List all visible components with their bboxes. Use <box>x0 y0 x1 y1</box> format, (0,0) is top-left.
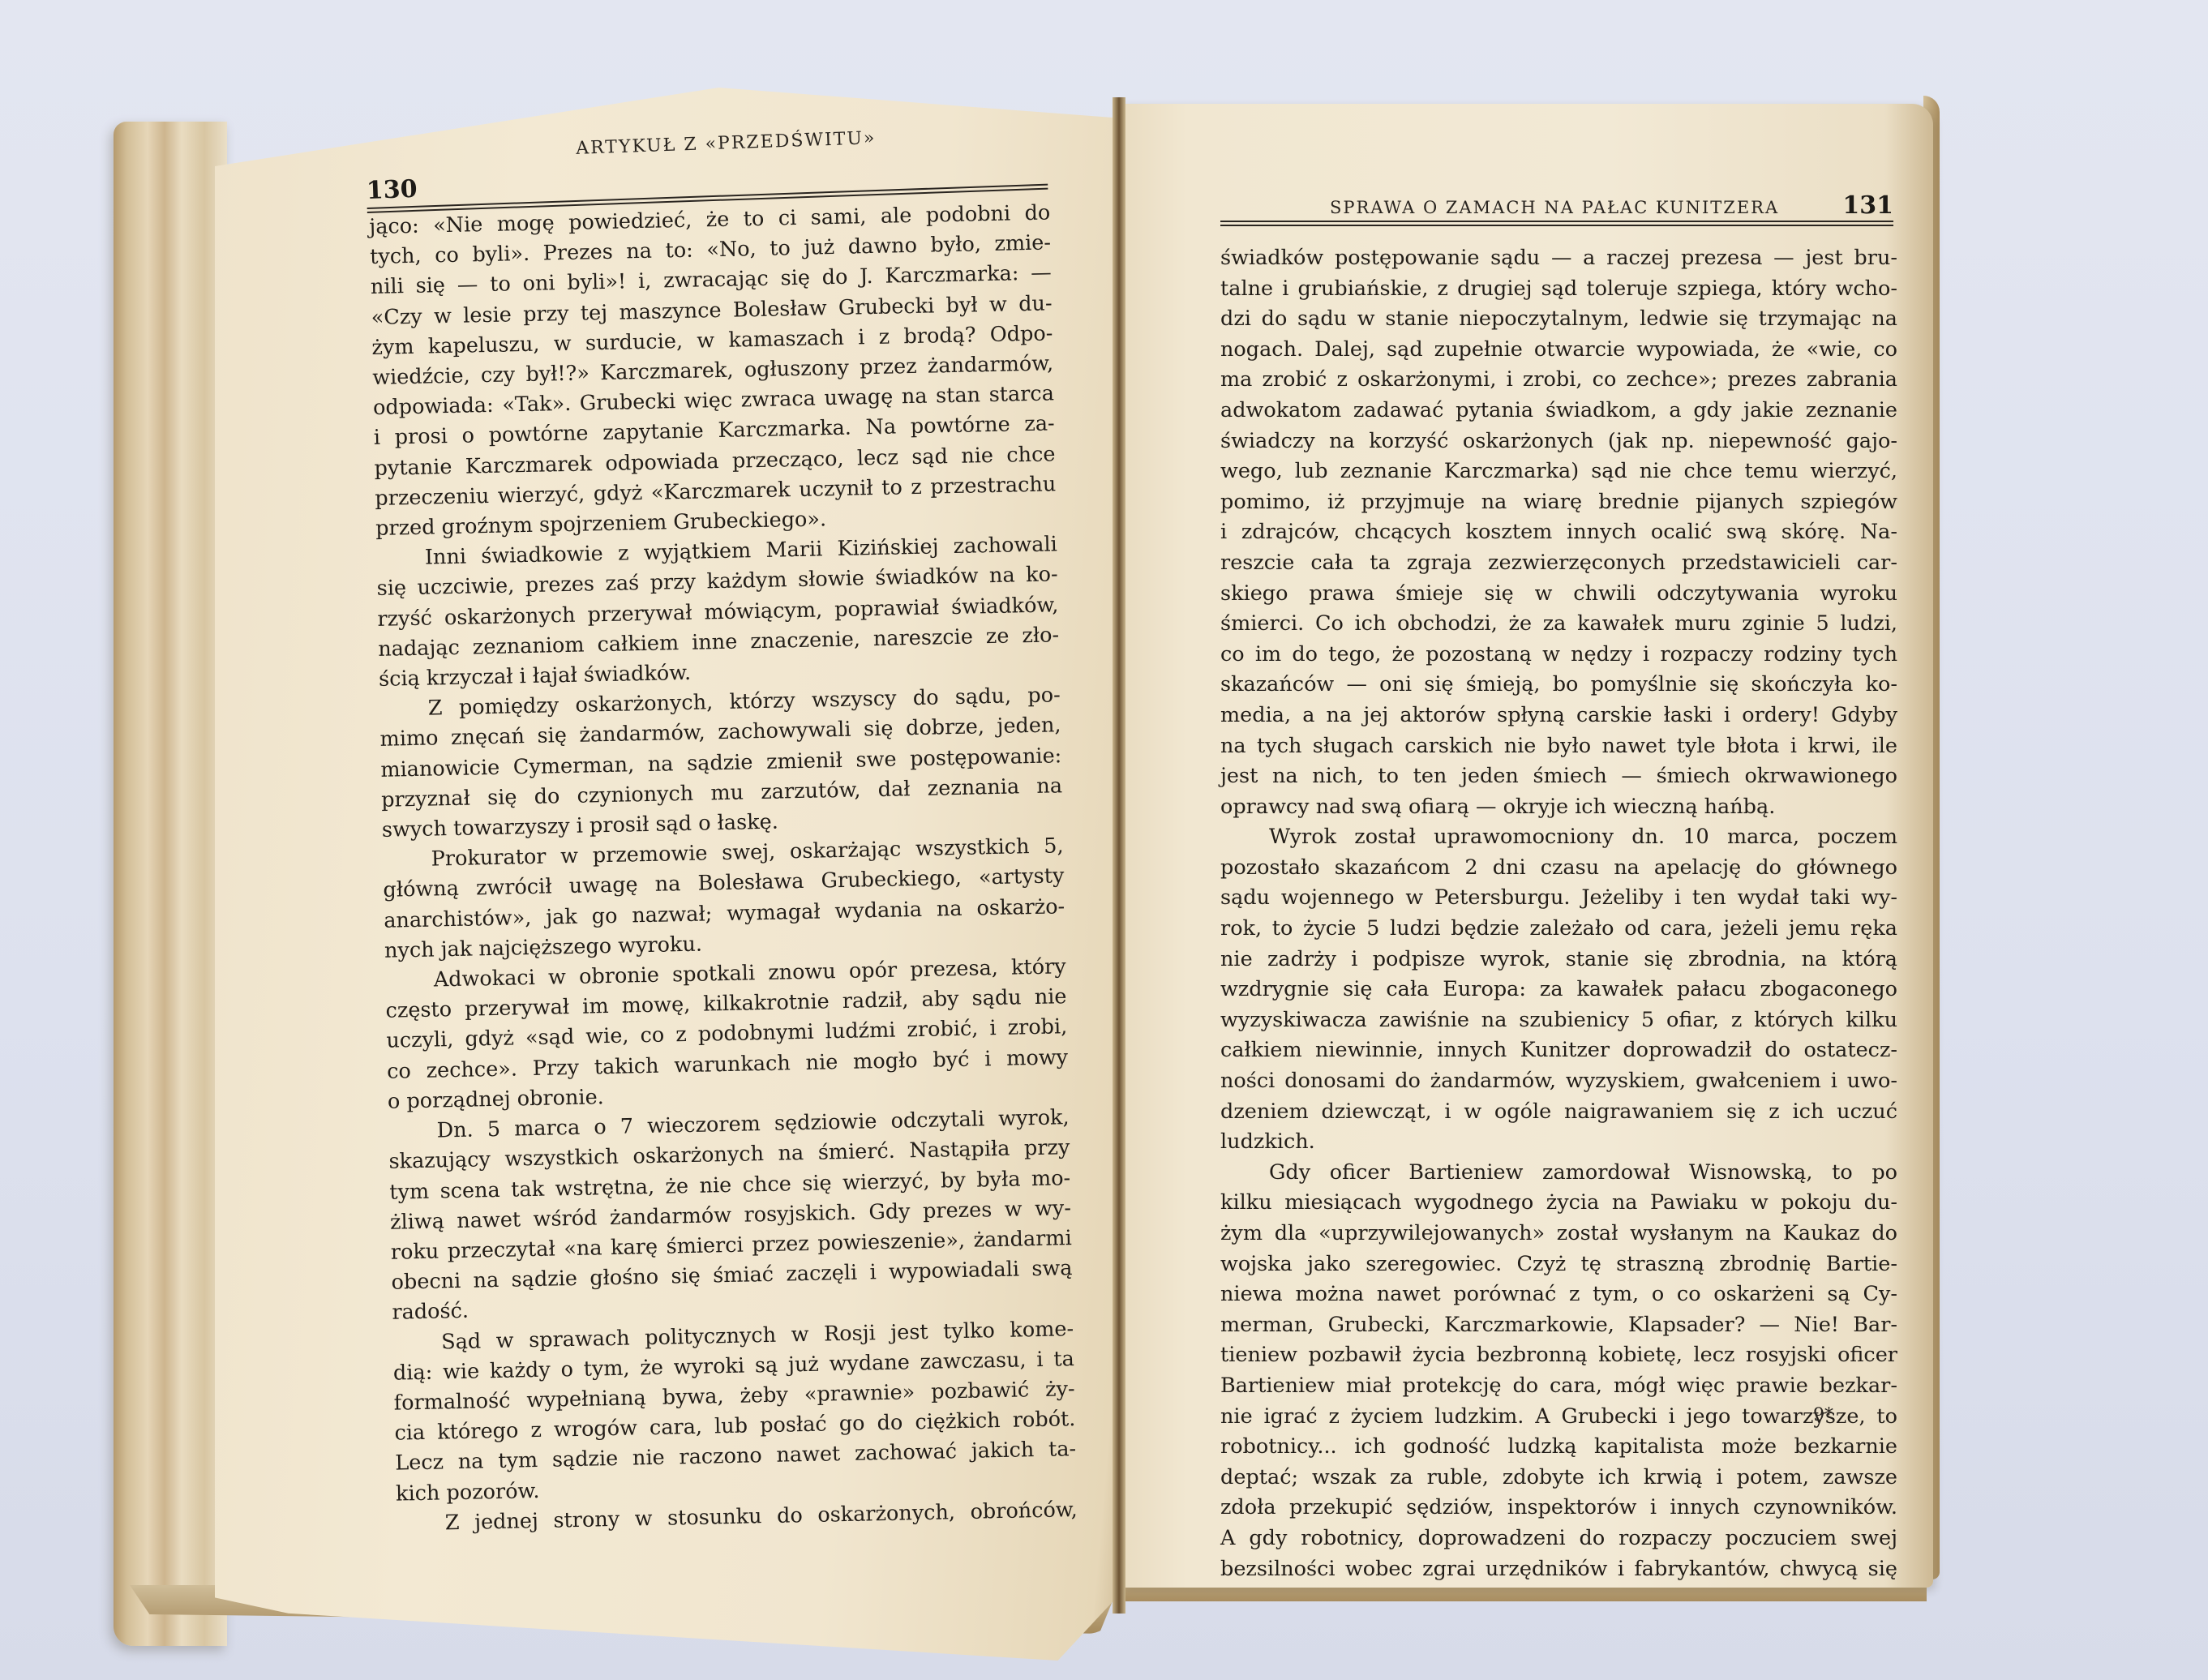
text-line: tieniew pozbawił życia bezbronną kobietę… <box>1220 1340 1897 1371</box>
text-line: nie igrać z życiem ludzkim. A Grubecki i… <box>1220 1402 1897 1433</box>
text-line: ludzkich. <box>1220 1127 1897 1158</box>
text-line: Wyrok został uprawomocniony dn. 10 marca… <box>1220 822 1897 853</box>
text-line: niewa można nawet porównać z tym, o co o… <box>1220 1279 1897 1310</box>
text-line: śmierci. Co ich obchodzi, że za kawałek … <box>1220 609 1897 640</box>
text-line: A gdy robotnicy, doprowadzeni do rozpacz… <box>1220 1524 1897 1554</box>
text-line: deptać; wszak za ruble, zdobyte ich krwi… <box>1220 1463 1897 1494</box>
text-line: ności donosami do żandarmów, wyzyskiem, … <box>1220 1066 1897 1097</box>
text-line: robotnicy... ich godność ludzką kapitali… <box>1220 1432 1897 1463</box>
text-line: sądu wojennego w Petersburgu. Jeżeliby i… <box>1220 883 1897 914</box>
text-line: ma zrobić z oskarżonymi, i zrobi, co zec… <box>1220 365 1897 396</box>
text-line: żym dla «uprzywilejowanych» został wysła… <box>1220 1219 1897 1249</box>
text-line: bezsilności wobec zgrai urzędników i fab… <box>1220 1554 1897 1585</box>
text-line: jest na nich, to ten jeden śmiech — śmie… <box>1220 761 1897 792</box>
text-line: Gdy oficer Bartieniew zamordował Wisnows… <box>1220 1158 1897 1189</box>
text-line: media, a na jej aktorów spłyną carskie ł… <box>1220 701 1897 731</box>
text-line: merman, Grubecki, Karczmarkowie, Klapsad… <box>1220 1310 1897 1341</box>
text-line: wzdrygnie się cała Europa: za kawałek pa… <box>1220 975 1897 1005</box>
header-double-rule-right <box>1220 221 1893 226</box>
text-line: reszcie cała ta zgraja zezwierzęconych p… <box>1220 548 1897 579</box>
signature-mark: 9* <box>1813 1405 1833 1425</box>
text-line: nie zadrży i podpisze wyrok, stanie się … <box>1220 945 1897 975</box>
left-page-body-text: jąco: «Nie mogę powiedzieć, że to ci sam… <box>369 198 1078 1539</box>
text-line: i zdrajców, chcących kosztem innych ocal… <box>1220 517 1897 548</box>
text-line: talne i grubiańskie, z drugiej sąd toler… <box>1220 274 1897 305</box>
book-gutter <box>1113 97 1125 1614</box>
text-line: całkiem niewinnie, innych Kunitzer dopro… <box>1220 1035 1897 1066</box>
open-book: 130 ARTYKUŁ Z «PRZEDŚWITU» SPRAWA O ZAMA… <box>0 0 2208 1680</box>
text-line: wego, lub zeznanie Karczmarka) sąd nie c… <box>1220 456 1897 487</box>
text-line: na tych sługach carskich nie było nawet … <box>1220 731 1897 762</box>
text-line: adwokatom zadawać pytania świadkom, a gd… <box>1220 396 1897 426</box>
text-line: pomimo, iż przyjmuje na wiarę brednie pi… <box>1220 487 1897 518</box>
text-line: pozostało skazańcom 2 dni czasu na apela… <box>1220 853 1897 884</box>
text-line: dzi do sądu w stanie niepoczytalnym, led… <box>1220 304 1897 335</box>
page-number-left: 130 <box>366 175 418 205</box>
text-line: kilku miesiącach wygodnego życia na Pawi… <box>1220 1188 1897 1219</box>
text-line: Bartieniew miał protekcję do cara, mógł … <box>1220 1371 1897 1402</box>
left-page-block-edge <box>114 122 227 1646</box>
running-title-right: SPRAWA O ZAMACH NA PAŁAC KUNITZERA <box>1330 198 1779 217</box>
text-line: dzeniem dziewcząt, i w ogóle naigrawanie… <box>1220 1097 1897 1128</box>
text-line: wyzyskiwacza zawiśnie na szubienicy 5 of… <box>1220 1005 1897 1036</box>
right-page-body-text: świadków postępowanie sądu — a raczej pr… <box>1220 243 1897 1584</box>
text-line: świadków postępowanie sądu — a raczej pr… <box>1220 243 1897 274</box>
text-line: skiego prawa śmieje się w chwili odczyty… <box>1220 579 1897 610</box>
text-line: świadczy na korzyść oskarżonych (jak np.… <box>1220 426 1897 457</box>
text-line: nogach. Dalej, sąd zupełnie otwarcie wyp… <box>1220 335 1897 366</box>
page-number-right: 131 <box>1842 191 1893 220</box>
text-line: wojska jako szeregowiec. Czyż tę straszn… <box>1220 1249 1897 1280</box>
text-line: co im do tego, że pozostaną w nędzy i ro… <box>1220 640 1897 671</box>
text-line: skazańców — oni się śmieją, bo pomyślnie… <box>1220 670 1897 701</box>
text-line: rok, to życie 5 ludzi będzie zależało od… <box>1220 914 1897 945</box>
right-running-header: SPRAWA O ZAMACH NA PAŁAC KUNITZERA 131 <box>1220 195 1893 243</box>
text-line: oprawcy nad swą ofiarą — okryje ich wiec… <box>1220 792 1897 823</box>
text-line: zdoła przekupić sędziów, inspektorów i i… <box>1220 1493 1897 1524</box>
